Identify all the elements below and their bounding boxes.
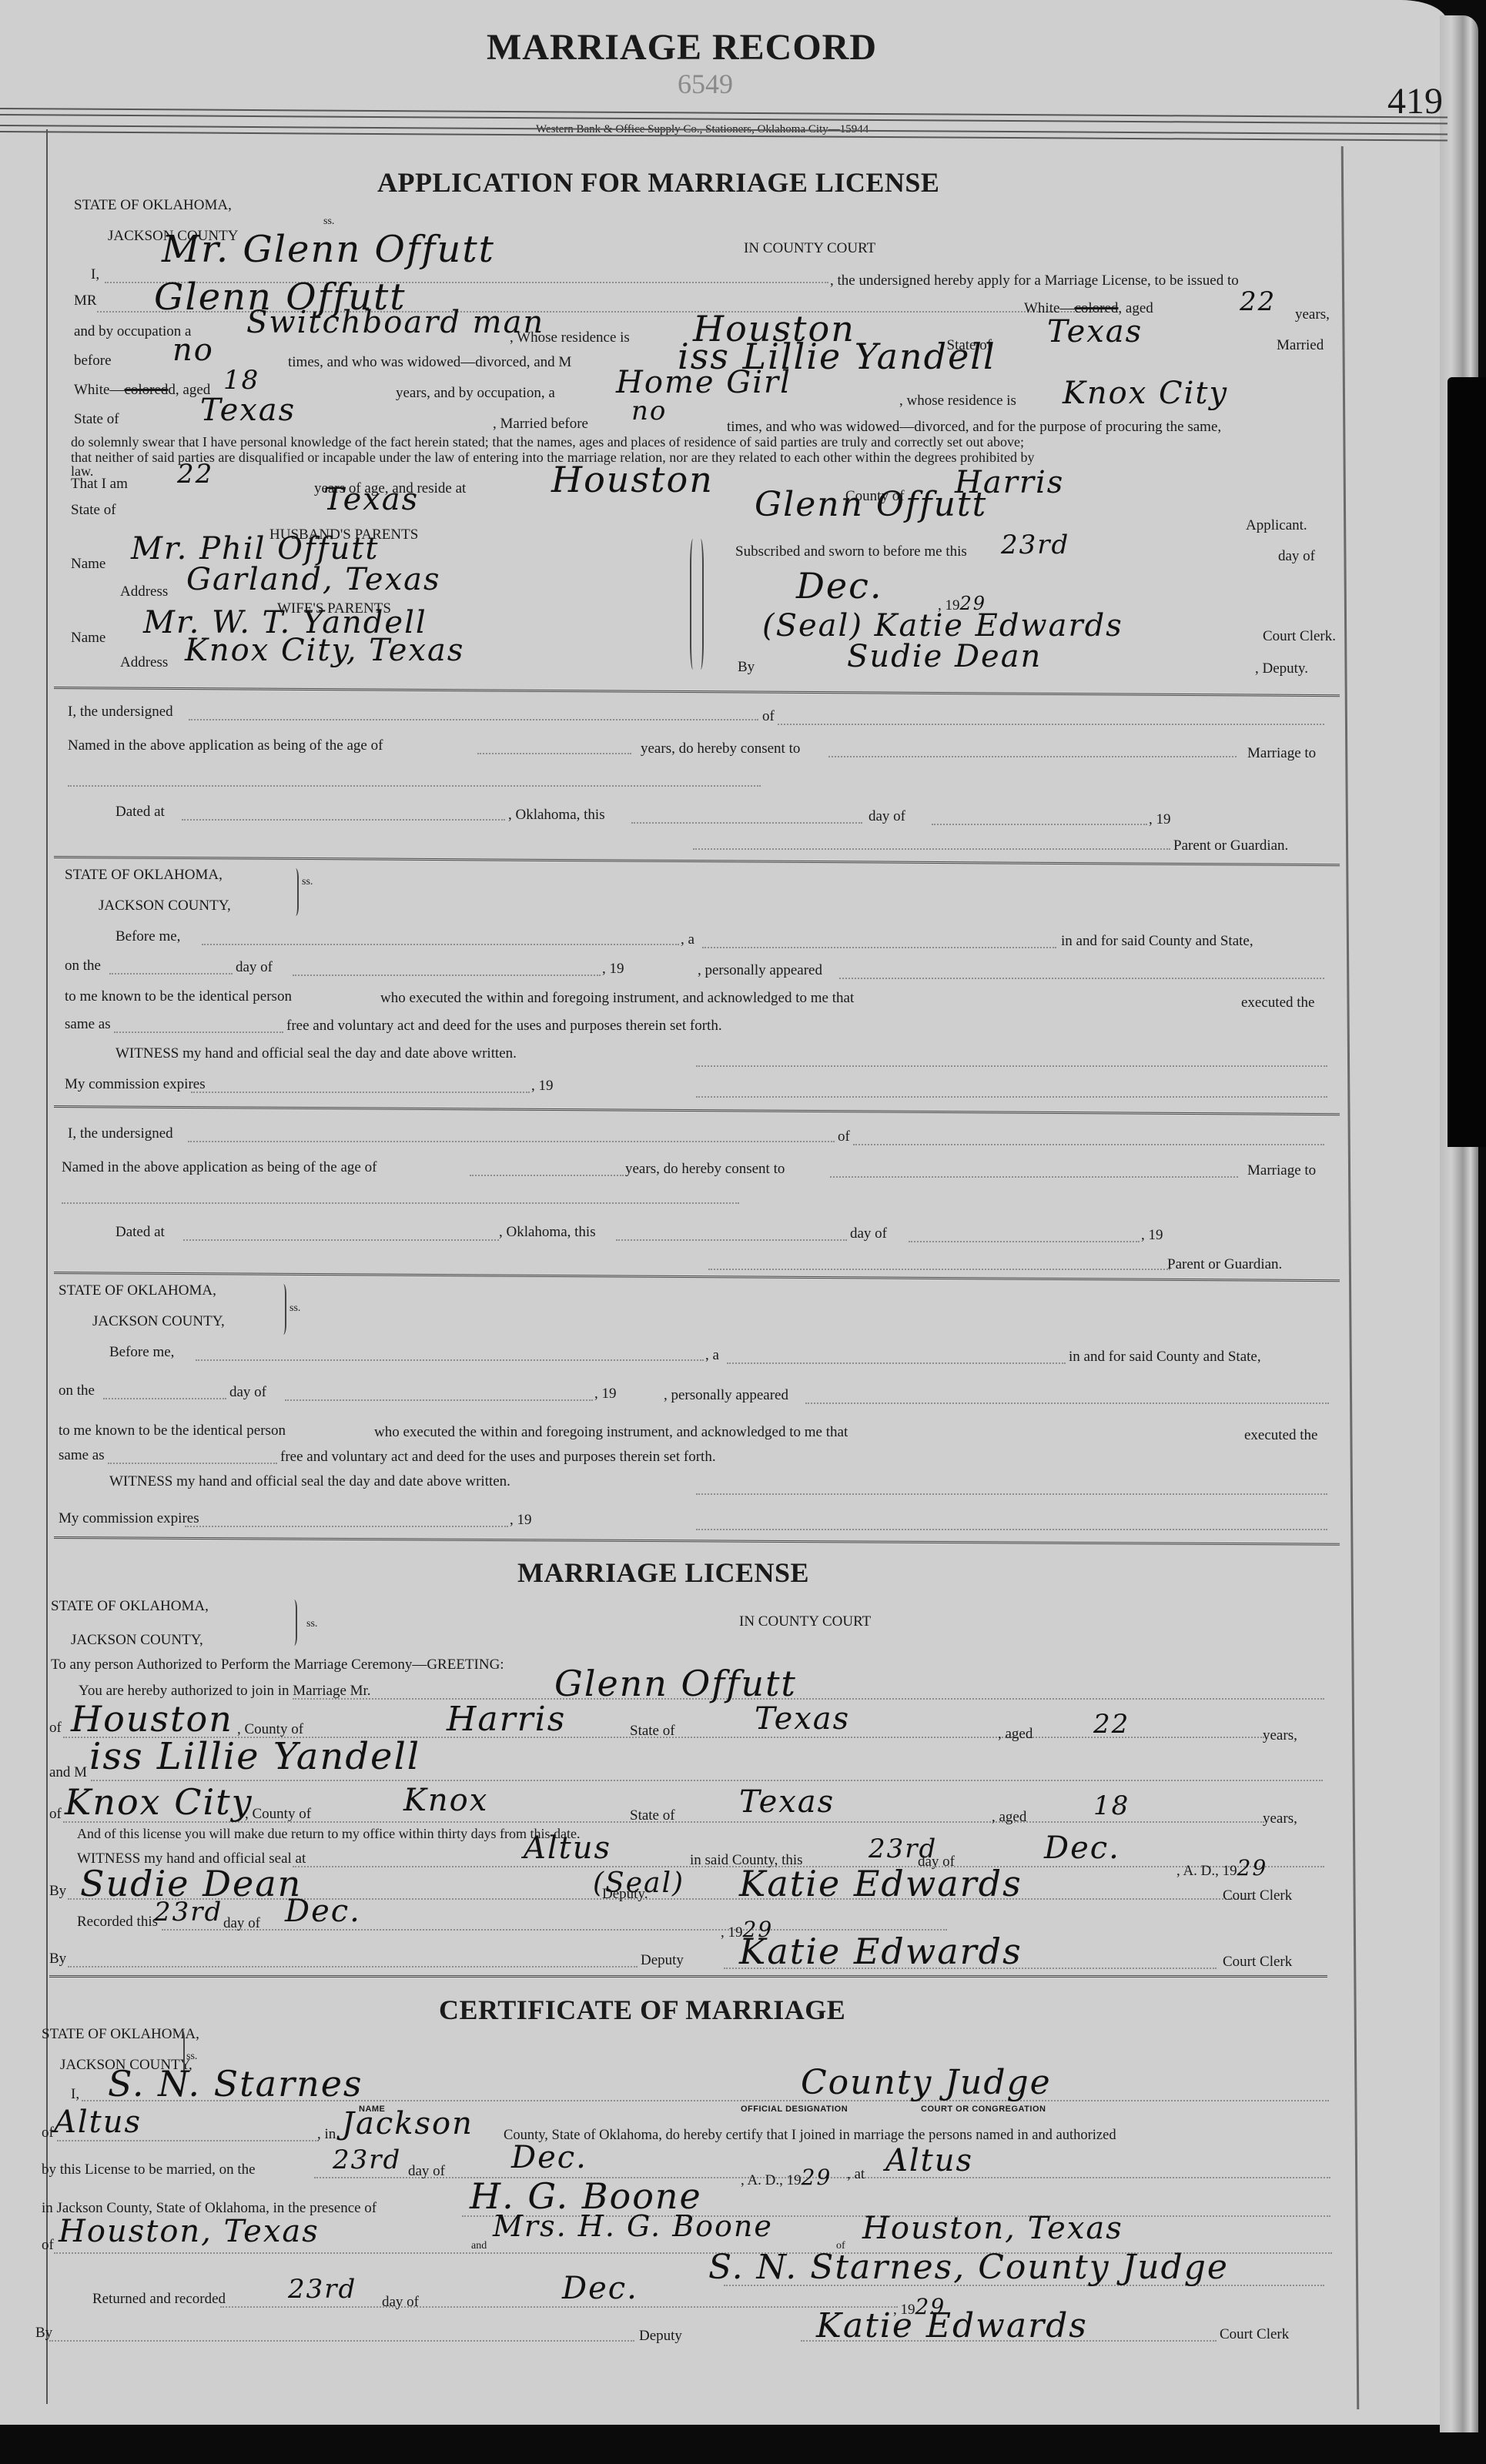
returned-day: 23rd: [288, 2274, 356, 2305]
license-groom-name: Glenn Offutt: [554, 1663, 797, 1704]
subscribed-day: 23rd: [1001, 530, 1069, 560]
mr-prefix: MR: [74, 293, 97, 309]
certificate-title: CERTIFICATE OF MARRIAGE: [439, 1994, 845, 2026]
groom-married-before: no: [172, 333, 214, 368]
years-label: years,: [1295, 306, 1330, 323]
oath-line-1: do solemnly swear that I have personal k…: [71, 434, 1024, 450]
applicant-signature: Glenn Offutt: [755, 485, 987, 524]
married-year: , A. D., 1929: [741, 2165, 832, 2190]
license-title: MARRIAGE LICENSE: [517, 1556, 809, 1589]
bride-race-label: White—coloredd, aged: [74, 382, 210, 399]
witness-2: Mrs. H. G. Boone: [493, 2209, 773, 2243]
residence-label: , Whose residence is: [510, 329, 630, 346]
left-margin-line: [46, 129, 48, 2404]
license-bride-age: 18: [1093, 1790, 1130, 1821]
state-label: STATE OF OKLAHOMA,: [74, 197, 232, 214]
that-i-am-label: That I am: [71, 476, 128, 493]
deputy-label: , Deputy.: [1255, 660, 1308, 677]
husband-parent-address-label: Address: [120, 583, 168, 600]
subscribed-month: Dec.: [796, 565, 883, 607]
license-bride-city: Knox City: [65, 1781, 253, 1823]
license-recorded-month: Dec.: [285, 1894, 361, 1929]
license-groom-age: 22: [1093, 1709, 1130, 1740]
by-label: By: [738, 659, 755, 676]
married-day: 23rd: [333, 2145, 401, 2175]
applicant-residence: Houston: [551, 459, 714, 500]
returned-month: Dec.: [562, 2271, 638, 2306]
times-text: times, and who was widowed—divorced, and…: [288, 354, 571, 371]
greeting: To any person Authorized to Perform the …: [51, 1657, 504, 1673]
certificate-ss: ss.: [186, 2051, 197, 2063]
license-witness-place: Altus: [524, 1830, 611, 1866]
court-caption: COURT OR CONGREGATION: [921, 2105, 1046, 2114]
license-witness-year: , A. D., 1929: [1176, 1855, 1267, 1881]
ss-label: ss.: [323, 216, 334, 228]
return-text: And of this license you will make due re…: [77, 1826, 581, 1842]
applicant-age: 22: [177, 459, 213, 490]
wife-parent-address-label: Address: [120, 654, 168, 671]
subscribed-label: Subscribed and sworn to before me this: [735, 543, 967, 560]
license-groom-county: Harris: [447, 1700, 566, 1739]
license-clerk2-signature: Katie Edwards: [739, 1931, 1022, 1972]
day-of-label: day of: [1278, 548, 1315, 565]
license-court: IN COUNTY COURT: [739, 1613, 871, 1630]
license-recorded-day: 23rd: [154, 1897, 223, 1927]
officiant-county: Jackson: [342, 2106, 474, 2141]
state-of2-label: State of: [71, 502, 116, 519]
husband-parent-name-label: Name: [71, 556, 105, 573]
designation-caption: OFFICIAL DESIGNATION: [741, 2105, 848, 2114]
groom-age: 22: [1240, 286, 1276, 317]
bride-residence: Knox City: [1063, 376, 1228, 411]
married-month: Dec.: [511, 2140, 587, 2175]
license-groom-city: Houston: [71, 1698, 233, 1740]
bride-age: 18: [223, 365, 259, 396]
certificate-clerk-signature: Katie Edwards: [816, 2306, 1088, 2345]
license-bride-name: iss Lillie Yandell: [89, 1735, 420, 1778]
sworn-bracket: [690, 539, 698, 670]
bride-residence-label: , whose residence is: [899, 393, 1016, 410]
court-label: IN COUNTY COURT: [744, 240, 875, 257]
officiant-signature: S. N. Starnes, County Judge: [708, 2248, 1229, 2287]
before-label: before: [74, 353, 112, 369]
applicant-state: Texas: [323, 482, 419, 517]
license-bride-county: Knox: [403, 1783, 488, 1818]
witness-2-residence: Houston, Texas: [862, 2211, 1123, 2246]
applicant-name: Mr. Glenn Offutt: [162, 228, 495, 271]
application-title: APPLICATION FOR MARRIAGE LICENSE: [377, 166, 939, 199]
married-label: Married: [1277, 337, 1324, 354]
record-title: MARRIAGE RECORD: [487, 26, 877, 69]
witness-1-residence: Houston, Texas: [59, 2214, 320, 2249]
license-witness-month: Dec.: [1044, 1830, 1120, 1866]
official-designation: County Judge: [801, 2063, 1052, 2102]
court-clerk-label: Court Clerk.: [1263, 628, 1336, 645]
record-number: 6549: [678, 68, 733, 100]
groom-occupation: Switchboard man: [246, 305, 544, 340]
wife-parent-address: Knox City, Texas: [185, 633, 464, 668]
groom-state: Texas: [1047, 314, 1143, 349]
bride-married-before: no: [631, 396, 667, 426]
bride-occupation-label: years, and by occupation, a: [396, 385, 555, 402]
index-tab: [1448, 377, 1486, 1147]
license-seal: (Seal): [593, 1867, 684, 1899]
married-place: Altus: [885, 2143, 973, 2178]
bride-state-label: State of: [74, 411, 119, 428]
bride-state: Texas: [200, 393, 296, 428]
officiant-city: Altus: [54, 2105, 142, 2140]
license-clerk-signature: Katie Edwards: [739, 1863, 1022, 1904]
certify-text: County, State of Oklahoma, do hereby cer…: [504, 2128, 1116, 2144]
license-bride-state: Texas: [739, 1784, 835, 1820]
deputy-signature: Sudie Dean: [847, 639, 1042, 674]
license-groom-state: Texas: [755, 1701, 850, 1737]
license-ss: ss.: [306, 1618, 317, 1630]
husband-parent-address: Garland, Texas: [186, 562, 441, 597]
i-label: I,: [91, 266, 99, 283]
bride-times-text: times, and who was widowed—divorced, and…: [727, 419, 1221, 436]
bride-married-label: , Married before: [493, 416, 588, 433]
officiant-name: S. N. Starnes: [108, 2063, 363, 2105]
wife-parent-name-label: Name: [71, 630, 105, 647]
apply-text: , the undersigned hereby apply for a Mar…: [830, 272, 1239, 289]
applicant-label: Applicant.: [1246, 517, 1307, 534]
